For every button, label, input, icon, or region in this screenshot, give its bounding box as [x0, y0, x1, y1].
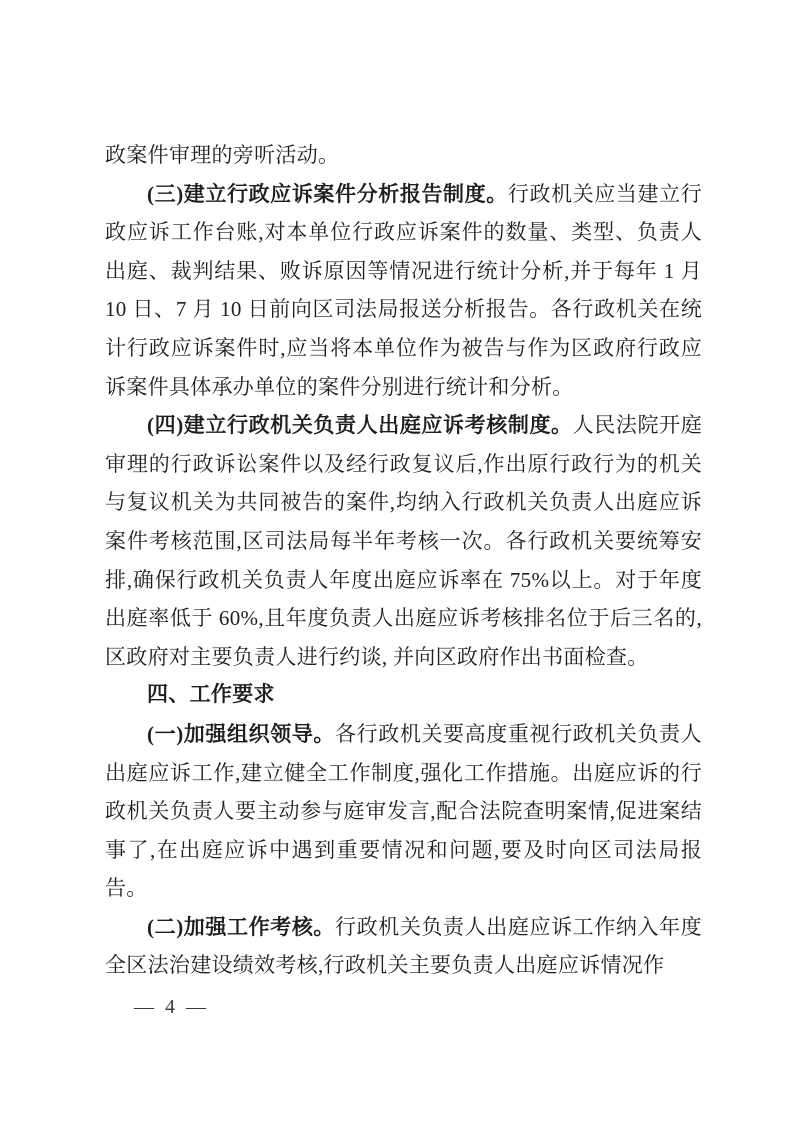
- paragraph-lead-bold: (四)建立行政机关负责人出庭应诉考核制度。: [147, 413, 573, 437]
- page-number: — 4 —: [134, 992, 209, 1022]
- paragraph: (四)建立行政机关负责人出庭应诉考核制度。人民法院开庭审理的行政诉讼案件以及经行…: [105, 406, 702, 676]
- paragraph: (二)加强工作考核。行政机关负责人出庭应诉工作纳入年度全区法治建设绩效考核,行政…: [105, 908, 702, 985]
- paragraph: (三)建立行政应诉案件分析报告制度。行政机关应当建立行政应诉工作台账,对本单位行…: [105, 175, 702, 407]
- paragraph-lead-bold: (三)建立行政应诉案件分析报告制度。: [147, 182, 508, 206]
- section-heading: 四、工作要求: [105, 676, 702, 715]
- paragraph-lead-bold: (二)加强工作考核。: [147, 915, 335, 939]
- document-body: 政案件审理的旁听活动。(三)建立行政应诉案件分析报告制度。行政机关应当建立行政应…: [105, 136, 702, 985]
- paragraph-lead-bold: (一)加强组织领导。: [147, 722, 335, 746]
- paragraph: (一)加强组织领导。各行政机关要高度重视行政机关负责人出庭应诉工作,建立健全工作…: [105, 715, 702, 908]
- document-page: 政案件审理的旁听活动。(三)建立行政应诉案件分析报告制度。行政机关应当建立行政应…: [0, 0, 793, 1122]
- paragraph: 政案件审理的旁听活动。: [105, 136, 702, 175]
